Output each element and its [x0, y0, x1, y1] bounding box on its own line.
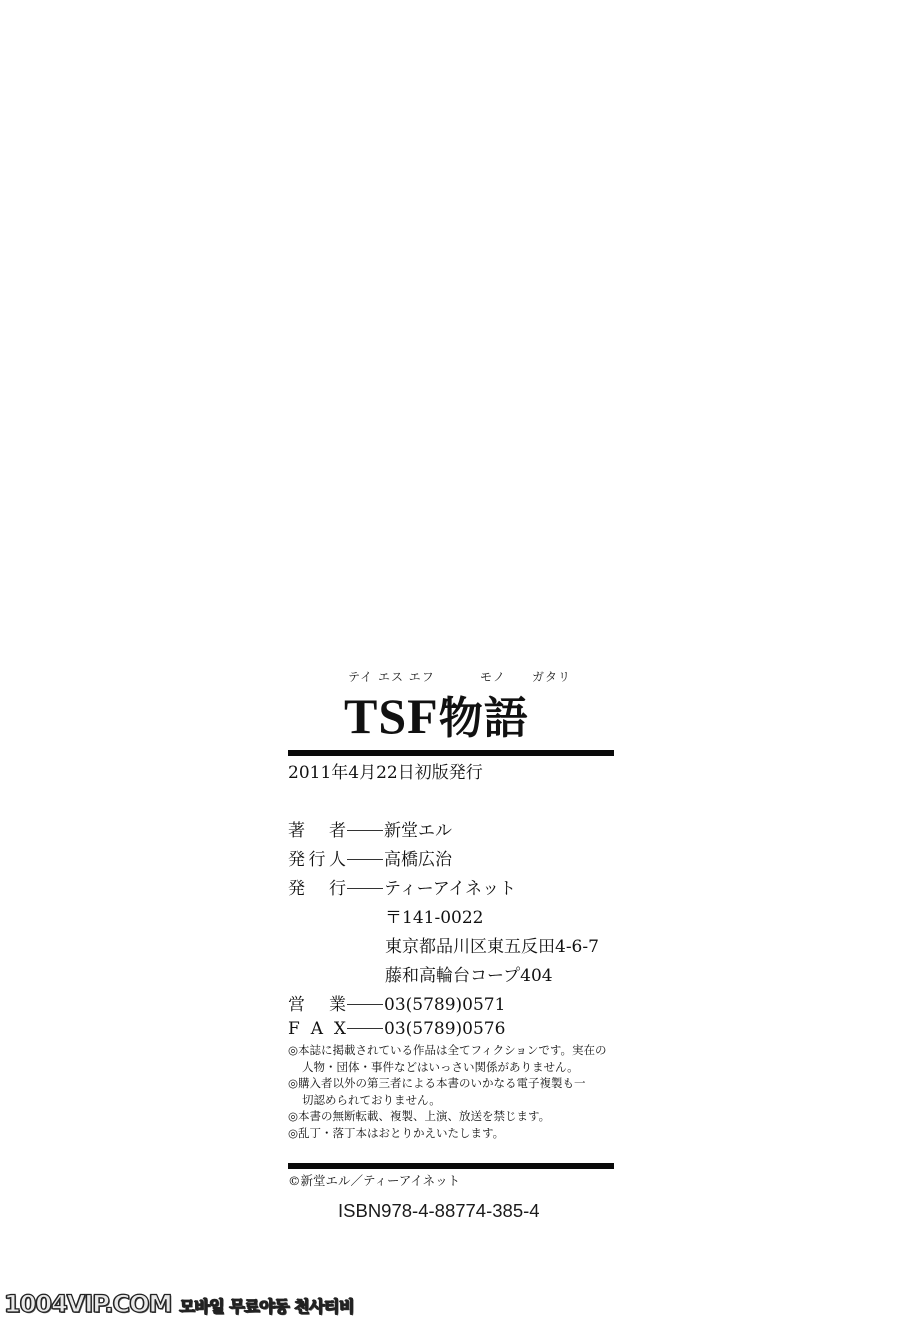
contact-value: 03(5789)0576	[384, 1019, 505, 1039]
contact-label: F A X	[288, 1019, 346, 1039]
note-reproduction: ◎本書の無断転載、複製、上演、放送を禁じます。	[288, 1108, 618, 1125]
book-title-latin: TSF	[344, 688, 439, 744]
leader-dash	[347, 830, 383, 831]
address-line-2: 藤和高輪台コープ404	[288, 961, 614, 990]
leader-dash	[347, 888, 383, 889]
legal-notes: ◎本誌に掲載されている作品は全てフィクションです。実在の 人物・団体・事件などは…	[288, 1042, 618, 1142]
credit-value: ティーアイネット	[384, 874, 516, 899]
credit-label: 発 行	[288, 874, 346, 899]
note-line: ◎購入者以外の第三者による本書のいかなる電子複製も一	[288, 1076, 586, 1090]
ruby-gatari: ガタリ	[532, 668, 571, 685]
credit-value: 新堂エル	[384, 816, 452, 841]
bottom-divider	[288, 1163, 614, 1169]
address-postal-code: 〒141-0022	[288, 903, 614, 932]
credit-row-author: 著 者新堂エル	[288, 816, 614, 845]
top-divider	[288, 750, 614, 756]
book-title: TSF物語	[344, 688, 529, 747]
credits-list: 著 者新堂エル 発行人高橋広治 発 行ティーアイネット 〒141-0022 東京…	[288, 816, 614, 1048]
publication-date: 2011年4月22日初版発行	[288, 758, 483, 783]
credit-label: 発行人	[288, 845, 346, 870]
credit-value: 高橋広治	[384, 845, 452, 870]
leader-dash	[347, 1028, 383, 1029]
credit-label: 著 者	[288, 816, 346, 841]
address-line-1: 東京都品川区東五反田4-6-7	[288, 932, 614, 961]
watermark-site: 1004VIP.COM	[4, 1290, 172, 1318]
ruby-mono: モノ	[480, 668, 506, 685]
contact-value: 03(5789)0571	[384, 995, 505, 1015]
leader-dash	[347, 859, 383, 860]
watermark: 1004VIP.COM모바일 무료야동 천사티비	[4, 1290, 354, 1318]
watermark-tagline: 모바일 무료야동 천사티비	[180, 1297, 355, 1316]
note-line: ◎本書の無断転載、複製、上演、放送を禁じます。	[288, 1109, 550, 1123]
copyright-line: ©新堂エル／ティーアイネット	[288, 1171, 460, 1189]
ruby-tsf: テイ エス エフ	[348, 668, 435, 685]
contact-label: 営 業	[288, 990, 346, 1015]
leader-dash	[347, 1004, 383, 1005]
note-defects: ◎乱丁・落丁本はおとりかえいたします。	[288, 1125, 618, 1142]
note-line: ◎乱丁・落丁本はおとりかえいたします。	[288, 1126, 504, 1140]
book-title-kanji: 物語	[439, 693, 529, 744]
note-digital-copy: ◎購入者以外の第三者による本書のいかなる電子複製も一 切認められておりません。	[288, 1075, 618, 1108]
note-fiction: ◎本誌に掲載されている作品は全てフィクションです。実在の 人物・団体・事件などは…	[288, 1042, 618, 1075]
note-line-continued: 切認められておりません。	[288, 1092, 618, 1109]
credit-row-publisher-person: 発行人高橋広治	[288, 845, 614, 874]
note-line-continued: 人物・団体・事件などはいっさい関係がありません。	[288, 1059, 618, 1076]
isbn: ISBN978-4-88774-385-4	[338, 1200, 540, 1222]
contact-row-sales: 営 業03(5789)0571	[288, 990, 614, 1019]
credit-row-publisher: 発 行ティーアイネット	[288, 874, 614, 903]
note-line: ◎本誌に掲載されている作品は全てフィクションです。実在の	[288, 1043, 606, 1057]
